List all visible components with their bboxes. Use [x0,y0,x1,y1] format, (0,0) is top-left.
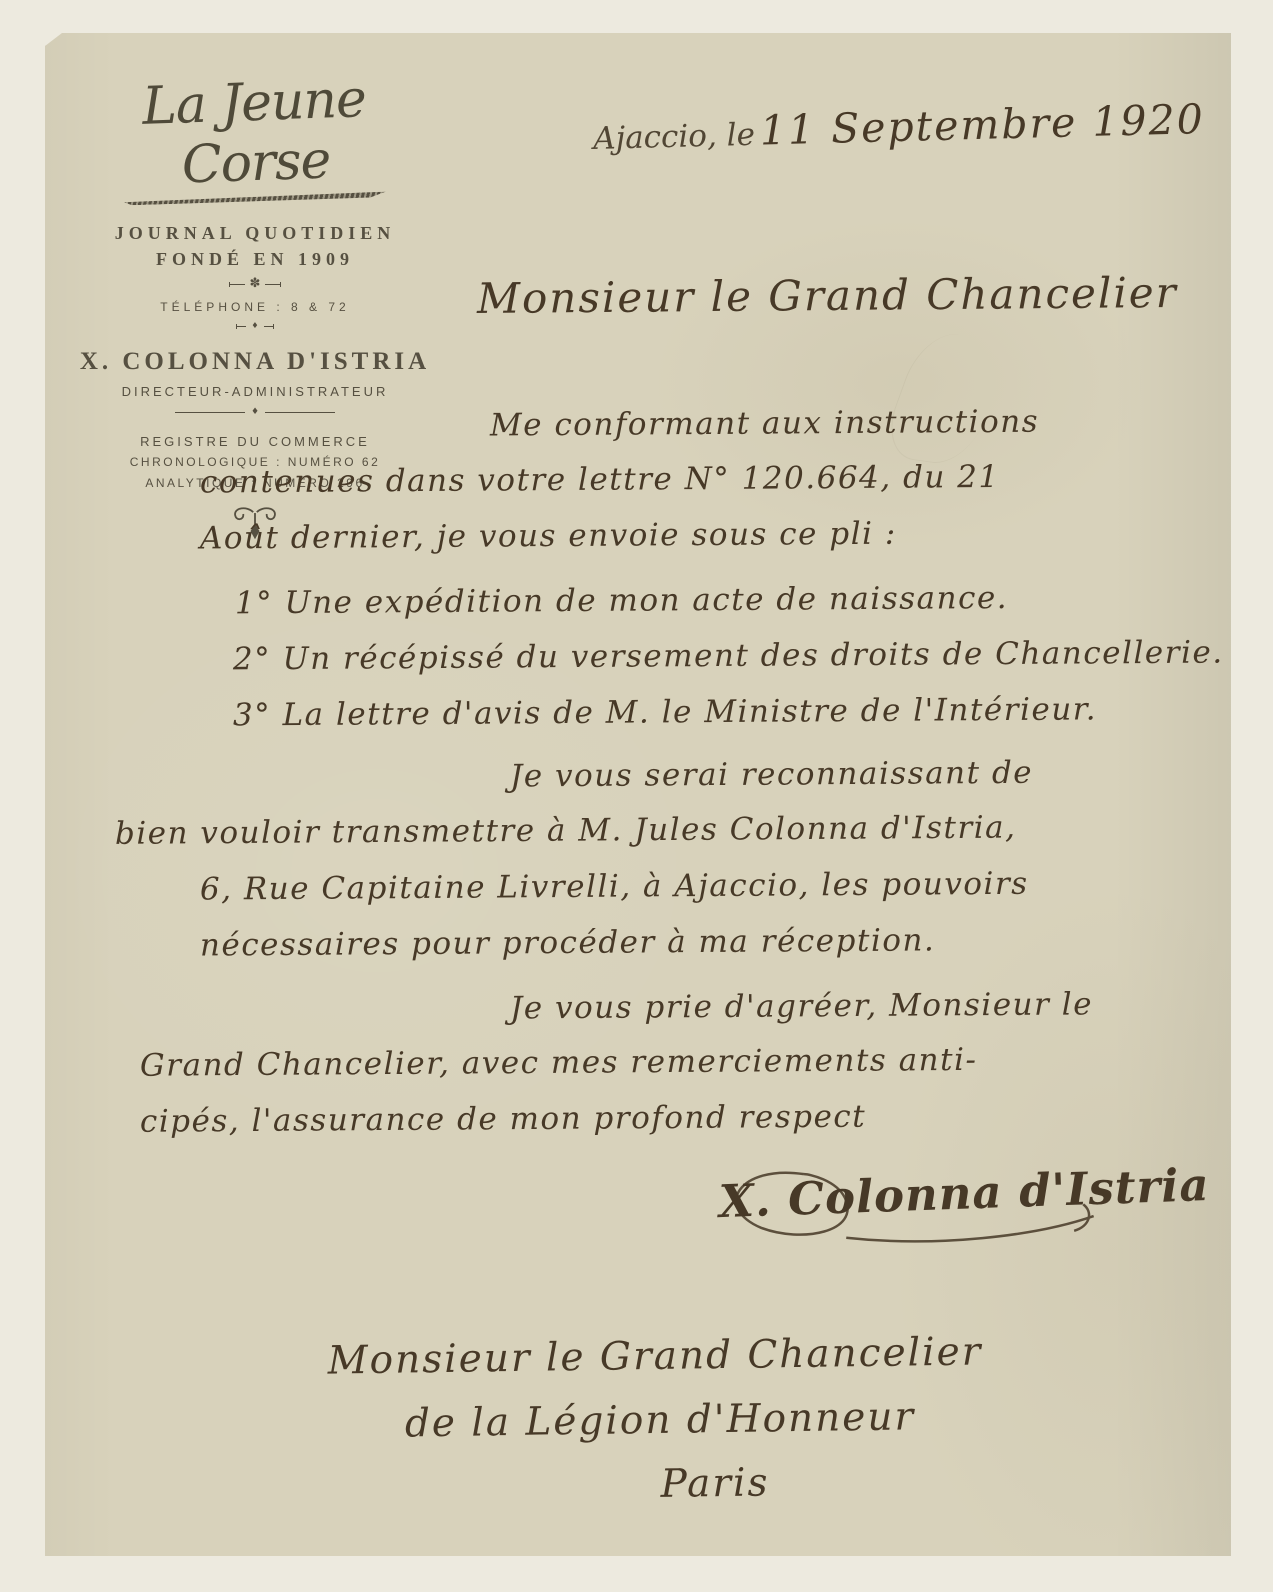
date-handwritten: 11 Septembre 1920 [759,95,1205,155]
recipient-address: Monsieur le Grand Chancelier de la Légio… [285,1325,1025,1517]
letter-paper: La Jeune Corse JOURNAL QUOTIDIEN FONDÉ E… [45,33,1231,1556]
address-line: de la Légion d'Honneur [285,1384,1026,1458]
date-printed-prefix: Ajaccio, le [593,117,756,157]
list-item-1: 1° Une expédition de mon acte de naissan… [235,579,1210,642]
address-line: Monsieur le Grand Chancelier [285,1320,1026,1394]
small-ornament-icon: ♦ [75,320,435,332]
address-line: Paris [285,1448,1026,1522]
list-item-3: 3° La lettre d'avis de M. le Ministre de… [233,691,1210,754]
ornament-bar [229,284,245,285]
ornament-bar [264,326,274,327]
director-title: DIRECTEUR-ADMINISTRATEUR [75,384,435,399]
body-line: Grand Chancelier, avec mes remerciements… [140,1040,1210,1103]
newspaper-title: La Jeune Corse [73,67,437,199]
letter-body: Me conformant aux instructions contenues… [200,405,1210,1156]
flower-glyph: ✽ [250,278,261,290]
date-line: Ajaccio, le 11 Septembre 1920 [592,95,1205,159]
diamond-glyph: ♦ [251,320,258,332]
body-line: bien vouloir transmettre à M. Jules Colo… [115,808,1210,872]
body-line: nécessaires pour procéder à ma réception… [200,920,1210,983]
body-line: Me conformant aux instructions [490,402,1210,463]
ornament-bar [265,284,281,285]
telephone-line: TÉLÉPHONE : 8 & 72 [75,300,435,314]
body-line: 6, Rue Capitaine Livrelli, à Ajaccio, le… [200,864,1210,927]
body-line: Je vous prie d'agréer, Monsieur le [510,986,1210,1047]
journal-quotidien-line: JOURNAL QUOTIDIEN [75,220,435,246]
flower-ornament-icon: ✽ [75,278,435,290]
list-item-2: 2° Un récépissé du versement des droits … [233,635,1210,698]
director-name: X. COLONNA D'ISTRIA [75,348,435,376]
signature: X. Colonna d'Istria [683,1134,1107,1269]
scanned-letter-page: { "letterhead": { "title": "La Jeune Cor… [0,0,1273,1592]
body-line: Août dernier, je vous envoie sous ce pli… [200,513,1210,576]
salutation: Monsieur le Grand Chancelier [477,268,1178,323]
ornament-bar [236,326,246,327]
founded-line: FONDÉ EN 1909 [75,246,435,272]
body-line: Je vous serai reconnaissant de [510,754,1210,815]
body-line: contenues dans votre lettre N° 120.664, … [200,457,1210,520]
